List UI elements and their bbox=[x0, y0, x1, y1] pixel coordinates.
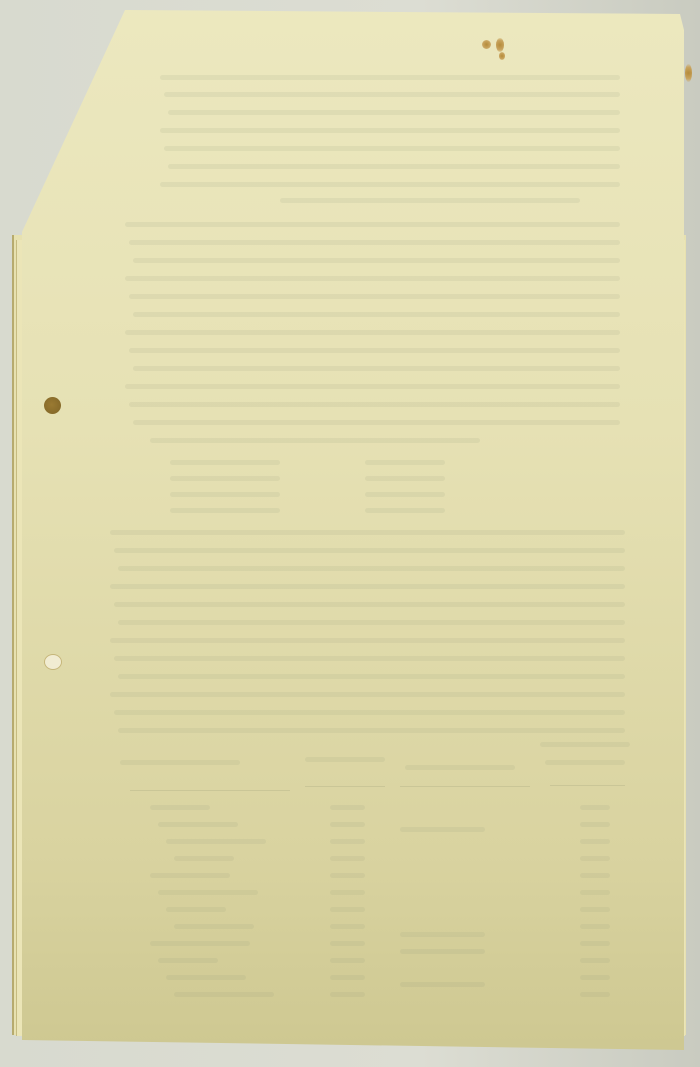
bleed-line bbox=[130, 790, 290, 791]
bleed-line bbox=[330, 924, 365, 929]
bleed-line bbox=[400, 949, 485, 954]
bleed-line bbox=[166, 975, 246, 980]
bleed-line bbox=[170, 476, 280, 481]
document-page bbox=[0, 0, 700, 1067]
bleed-line bbox=[129, 402, 620, 407]
bleed-line bbox=[110, 584, 625, 589]
bleed-line bbox=[120, 760, 240, 765]
bleed-line bbox=[545, 760, 625, 765]
bleed-line bbox=[125, 384, 620, 389]
bleed-line bbox=[330, 958, 365, 963]
bleed-line bbox=[540, 742, 630, 747]
bleed-line bbox=[580, 907, 610, 912]
bleed-line bbox=[170, 492, 280, 497]
bleed-line bbox=[168, 164, 620, 169]
bleed-line bbox=[330, 822, 365, 827]
stain-spot bbox=[496, 38, 504, 52]
bleed-line bbox=[580, 924, 610, 929]
bleed-line bbox=[150, 805, 210, 810]
bleed-line bbox=[580, 856, 610, 861]
bleed-line bbox=[405, 765, 515, 770]
bleed-line bbox=[133, 366, 620, 371]
bleed-line bbox=[330, 805, 365, 810]
bleed-line bbox=[365, 508, 445, 513]
bleed-line bbox=[114, 602, 625, 607]
bleed-line bbox=[330, 992, 365, 997]
bleed-line bbox=[330, 941, 365, 946]
bleed-line bbox=[580, 839, 610, 844]
bleed-line bbox=[170, 508, 280, 513]
bleed-line bbox=[580, 805, 610, 810]
bleed-line bbox=[166, 907, 226, 912]
bleed-line bbox=[114, 656, 625, 661]
bleed-line bbox=[330, 839, 365, 844]
bleed-line bbox=[114, 548, 625, 553]
bleed-line bbox=[580, 975, 610, 980]
bleed-line bbox=[158, 958, 218, 963]
bleed-line bbox=[110, 530, 625, 535]
bleed-line bbox=[158, 890, 258, 895]
bleed-line bbox=[170, 460, 280, 465]
bleed-line bbox=[400, 982, 485, 987]
bleed-line bbox=[580, 941, 610, 946]
bleed-line bbox=[550, 785, 625, 786]
stain-spot bbox=[482, 40, 491, 49]
bleed-line bbox=[330, 907, 365, 912]
stain-spot bbox=[499, 52, 505, 60]
bleed-line bbox=[150, 438, 480, 443]
bleed-line bbox=[580, 822, 610, 827]
bleed-line bbox=[330, 890, 365, 895]
bleed-line bbox=[114, 710, 625, 715]
bleed-line bbox=[174, 856, 234, 861]
bleed-line bbox=[580, 958, 610, 963]
bleed-line bbox=[118, 566, 625, 571]
bleed-line bbox=[174, 992, 274, 997]
bleed-line bbox=[365, 492, 445, 497]
bleed-line bbox=[150, 941, 250, 946]
bleed-line bbox=[400, 932, 485, 937]
bleed-line bbox=[280, 198, 580, 203]
bleed-line bbox=[330, 873, 365, 878]
bleed-line bbox=[110, 692, 625, 697]
bleed-line bbox=[365, 476, 445, 481]
bleed-line bbox=[330, 975, 365, 980]
bleed-line bbox=[580, 992, 610, 997]
bleed-line bbox=[160, 75, 620, 80]
bleed-line bbox=[150, 873, 230, 878]
punch-hole bbox=[44, 397, 61, 414]
bleed-line bbox=[110, 638, 625, 643]
bleed-line bbox=[164, 92, 620, 97]
bleed-line bbox=[400, 786, 530, 787]
bleed-line bbox=[129, 240, 620, 245]
bleed-line bbox=[129, 348, 620, 353]
bleed-line bbox=[305, 757, 385, 762]
bleed-line bbox=[158, 822, 238, 827]
bleed-line bbox=[330, 856, 365, 861]
bleed-line bbox=[118, 674, 625, 679]
bleed-line bbox=[168, 110, 620, 115]
bleed-line bbox=[580, 873, 610, 878]
bleed-line bbox=[133, 258, 620, 263]
bleed-line bbox=[160, 182, 620, 187]
bleed-line bbox=[118, 728, 625, 733]
bleed-line bbox=[305, 786, 385, 787]
bleed-line bbox=[365, 460, 445, 465]
bleed-line bbox=[118, 620, 625, 625]
bleed-line bbox=[133, 312, 620, 317]
stain-spot bbox=[685, 64, 692, 82]
bleed-line bbox=[125, 222, 620, 227]
bleed-line bbox=[133, 420, 620, 425]
bleed-line bbox=[400, 827, 485, 832]
bleed-line bbox=[125, 330, 620, 335]
bleed-line bbox=[580, 890, 610, 895]
bleed-line bbox=[166, 839, 266, 844]
bleed-line bbox=[125, 276, 620, 281]
bleed-line bbox=[174, 924, 254, 929]
bleed-line bbox=[164, 146, 620, 151]
punch-hole bbox=[44, 654, 62, 670]
bleed-line bbox=[160, 128, 620, 133]
bleed-line bbox=[129, 294, 620, 299]
